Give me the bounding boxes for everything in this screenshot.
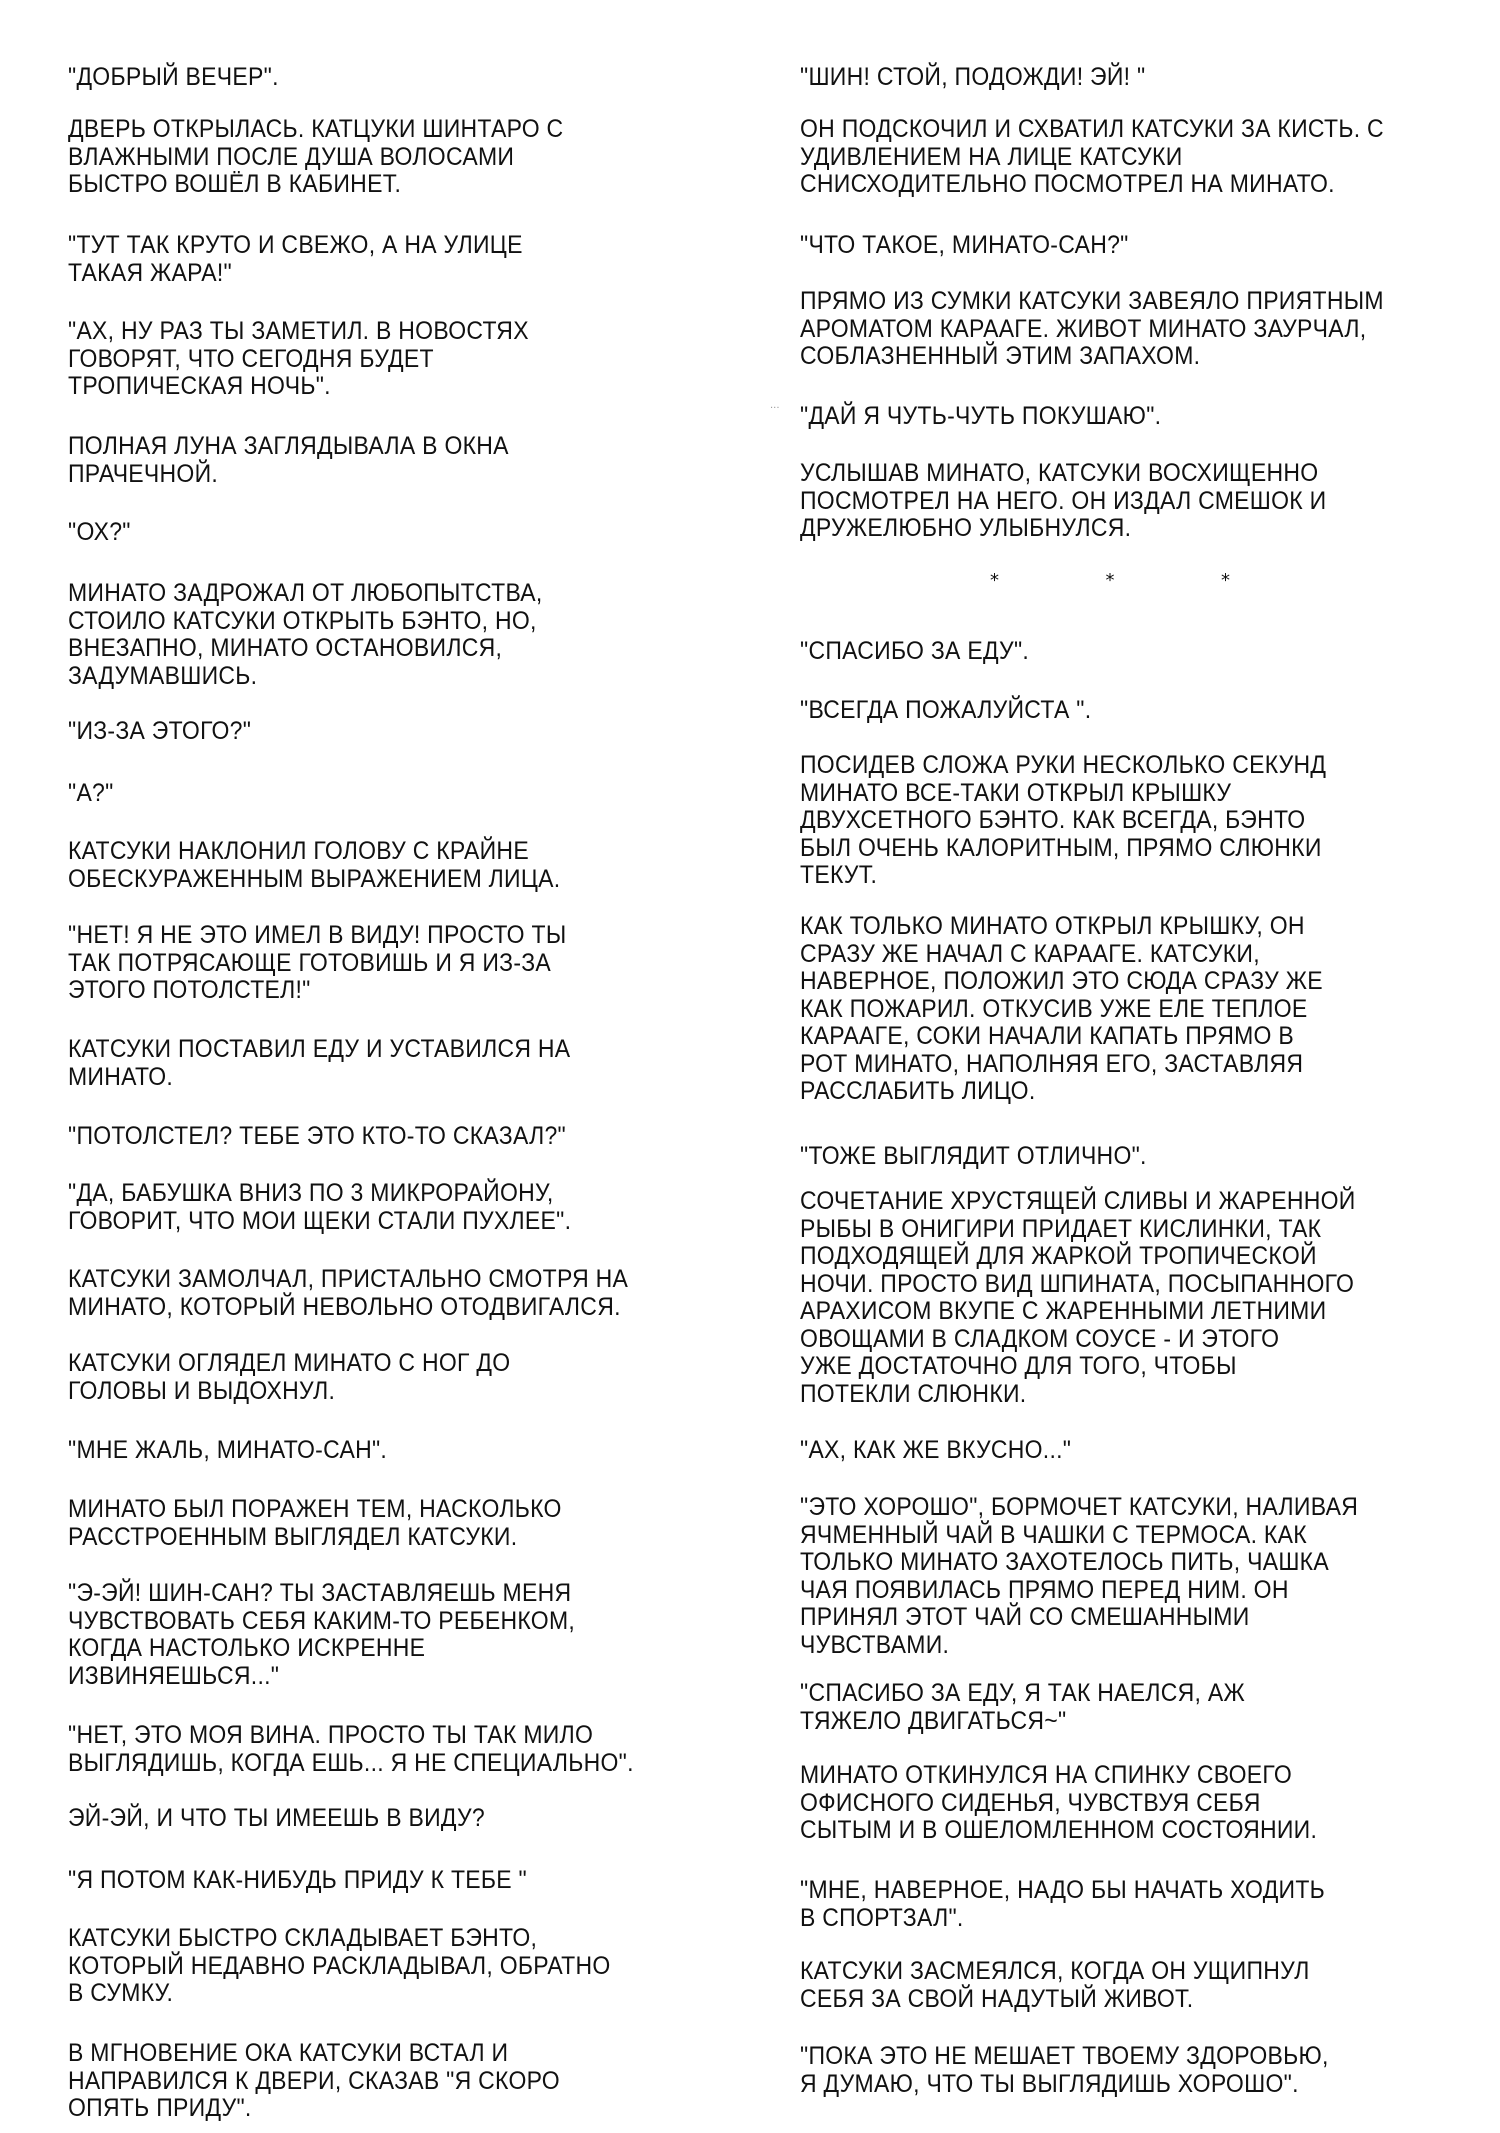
paragraph: "Шин! Стой, подожди! Эй! " bbox=[800, 64, 1145, 92]
paragraph: "Э-эй! Шин-сан? Ты заставляешь менячувст… bbox=[68, 1580, 575, 1690]
text-line: принял этот чай со смешанными bbox=[800, 1604, 1358, 1632]
paragraph: "Да, бабушка вниз по 3 микрорайону,говор… bbox=[68, 1180, 571, 1235]
text-line: Катсуки замолчал, пристально смотря на bbox=[68, 1266, 628, 1294]
text-line: "Тут так круто и свежо, а на улице bbox=[68, 232, 523, 260]
text-line: "Из-за этого?" bbox=[68, 718, 251, 746]
text-line: Он подскочил и схватил Катсуки за кисть.… bbox=[800, 116, 1384, 144]
stray-mark: ... bbox=[770, 400, 780, 411]
text-line: тяжело двигаться~" bbox=[800, 1708, 1245, 1736]
text-line: "Нет, это моя вина. Просто ты так мило bbox=[68, 1722, 634, 1750]
text-line: "Дай я чуть-чуть покушаю". bbox=[800, 403, 1161, 431]
text-line: сытым и в ошеломленном состоянии. bbox=[800, 1817, 1317, 1845]
text-line: чая появилась прямо перед ним. Он bbox=[800, 1577, 1358, 1605]
text-line: "Что такое, Минато-сан?" bbox=[800, 232, 1129, 260]
text-line: В мгновение ока Катсуки встал и bbox=[68, 2040, 560, 2068]
paragraph: "Нет, это моя вина. Просто ты так миловы… bbox=[68, 1722, 634, 1777]
text-line: арахисом вкупе с жаренными летними bbox=[800, 1298, 1356, 1326]
paragraph: Катсуки наклонил голову с крайнеобескура… bbox=[68, 838, 560, 893]
paragraph: Минато откинулся на спинку своегоофисног… bbox=[800, 1762, 1317, 1845]
text-line: Минато, который невольно отодвигался. bbox=[68, 1294, 628, 1322]
text-line: текут. bbox=[800, 862, 1326, 890]
text-line: Минато. bbox=[68, 1064, 570, 1092]
text-line: "Пока это не мешает твоему здоровью, bbox=[800, 2043, 1329, 2071]
text-line: тропическая ночь". bbox=[68, 373, 529, 401]
paragraph: В мгновение ока Катсуки встал инаправилс… bbox=[68, 2040, 560, 2123]
paragraph: Как только Минато открыл крышку, онсразу… bbox=[800, 913, 1323, 1106]
text-line: Катсуки наклонил голову с крайне bbox=[68, 838, 560, 866]
paragraph: "Что такое, Минато-сан?" bbox=[800, 232, 1129, 260]
paragraph: Катсуки быстро складывает бэнто,который … bbox=[68, 1925, 611, 2008]
section-separator: *** bbox=[990, 570, 1230, 591]
text-line: "А?" bbox=[68, 780, 114, 808]
text-line: стоило Катсуки открыть бэнто, но, bbox=[68, 608, 543, 636]
text-line: так потрясающе готовишь и я из-за bbox=[68, 950, 566, 978]
text-line: офисного сиденья, чувствуя себя bbox=[800, 1790, 1317, 1818]
text-line: "Потолстел? Тебе это кто-то сказал?" bbox=[68, 1123, 566, 1151]
paragraph: Катсуки засмеялся, когда он ущипнулсебя … bbox=[800, 1958, 1310, 2013]
paragraph: Сочетание хрустящей сливы и жареннойрыбы… bbox=[800, 1188, 1356, 1408]
text-line: Прямо из сумки Катсуки завеяло приятным bbox=[800, 288, 1384, 316]
paragraph: "Потолстел? Тебе это кто-то сказал?" bbox=[68, 1123, 566, 1151]
text-line: Дверь открылась. Катцуки Шинтаро с bbox=[68, 116, 563, 144]
text-line: Как только Минато открыл крышку, он bbox=[800, 913, 1323, 941]
text-line: "Ох?" bbox=[68, 519, 131, 547]
text-line: когда настолько искренне bbox=[68, 1635, 575, 1663]
text-line: "Да, бабушка вниз по 3 микрорайону, bbox=[68, 1180, 571, 1208]
text-line: этого потолстел!" bbox=[68, 977, 566, 1005]
paragraph: "Спасибо за еду, я так наелся, ажтяжело … bbox=[800, 1680, 1245, 1735]
text-line: расстроенным выглядел Катсуки. bbox=[68, 1524, 562, 1552]
text-line: снисходительно посмотрел на Минато. bbox=[800, 171, 1384, 199]
text-line: говорит, что мои щеки стали пухлее". bbox=[68, 1208, 571, 1236]
paragraph: Он подскочил и схватил Катсуки за кисть.… bbox=[800, 116, 1384, 199]
text-line: чувствовать себя каким-то ребенком, bbox=[68, 1608, 575, 1636]
text-line: рыбы в онигири придает кислинки, так bbox=[800, 1216, 1356, 1244]
text-line: влажными после душа волосами bbox=[68, 144, 563, 172]
text-line: Сочетание хрустящей сливы и жаренной bbox=[800, 1188, 1356, 1216]
paragraph: "Это хорошо", бормочет Катсуки, наливаяя… bbox=[800, 1494, 1358, 1659]
paragraph: Минато задрожал от любопытства,стоило Ка… bbox=[68, 580, 543, 690]
text-line: Катсуки засмеялся, когда он ущипнул bbox=[800, 1958, 1310, 1986]
text-line: ячменный чай в чашки с термоса. Как bbox=[800, 1522, 1358, 1550]
paragraph: "Мне, наверное, надо бы начать ходитьв с… bbox=[800, 1877, 1325, 1932]
text-line: ароматом карааге. Живот Минато заурчал, bbox=[800, 316, 1384, 344]
text-line: чувствами. bbox=[800, 1632, 1358, 1660]
text-line: "Я потом как-нибудь приду к тебе " bbox=[68, 1867, 527, 1895]
text-line: "Тоже выглядит отлично". bbox=[800, 1143, 1147, 1171]
text-line: подходящей для жаркой тропической bbox=[800, 1243, 1356, 1271]
text-line: потекли слюнки. bbox=[800, 1381, 1356, 1409]
paragraph: Эй-эй, и что ты имеешь в виду? bbox=[68, 1805, 485, 1833]
text-line: рот Минато, наполняя его, заставляя bbox=[800, 1051, 1323, 1079]
paragraph: "Мне жаль, Минато-сан". bbox=[68, 1437, 387, 1465]
text-line: двухсетного бэнто. Как всегда, бэнто bbox=[800, 807, 1326, 835]
paragraph: "Я потом как-нибудь приду к тебе " bbox=[68, 1867, 527, 1895]
text-line: "Спасибо за еду, я так наелся, аж bbox=[800, 1680, 1245, 1708]
paragraph: Услышав Минато, Катсуки восхищеннопосмот… bbox=[800, 460, 1326, 543]
paragraph: Катсуки поставил еду и уставился наМинат… bbox=[68, 1036, 570, 1091]
text-line: выглядишь, когда ешь... Я не специально"… bbox=[68, 1750, 634, 1778]
text-line: уже достаточно для того, чтобы bbox=[800, 1353, 1356, 1381]
asterisk-icon: * bbox=[990, 570, 999, 591]
paragraph: Минато был поражен тем, насколькорасстро… bbox=[68, 1496, 562, 1551]
text-line: Минато откинулся на спинку своего bbox=[800, 1762, 1317, 1790]
text-line: посмотрел на него. Он издал смешок и bbox=[800, 488, 1326, 516]
text-line: "Это хорошо", бормочет Катсуки, наливая bbox=[800, 1494, 1358, 1522]
text-line: "Мне, наверное, надо бы начать ходить bbox=[800, 1877, 1325, 1905]
text-line: Минато все-таки открыл крышку bbox=[800, 780, 1326, 808]
text-line: "Мне жаль, Минато-сан". bbox=[68, 1437, 387, 1465]
right-column: "Шин! Стой, подожди! Эй! "Он подскочил и… bbox=[800, 0, 1480, 2133]
text-line: наверное, положил это сюда сразу же bbox=[800, 968, 1323, 996]
text-line: задумавшись. bbox=[68, 663, 543, 691]
text-line: удивлением на лице Катсуки bbox=[800, 144, 1384, 172]
text-line: "Шин! Стой, подожди! Эй! " bbox=[800, 64, 1145, 92]
paragraph: "Добрый вечер". bbox=[68, 64, 279, 92]
paragraph: "Дай я чуть-чуть покушаю". bbox=[800, 403, 1161, 431]
asterisk-icon: * bbox=[1106, 570, 1115, 591]
paragraph: "Ах, ну раз ты заметил. В новостяхговоря… bbox=[68, 318, 529, 401]
text-line: который недавно раскладывал, обратно bbox=[68, 1953, 611, 1981]
paragraph: Катсуки замолчал, пристально смотря наМи… bbox=[68, 1266, 628, 1321]
text-line: "Ах, как же вкусно..." bbox=[800, 1437, 1071, 1465]
text-line: был очень калоритным, прямо слюнки bbox=[800, 835, 1326, 863]
text-line: соблазненный этим запахом. bbox=[800, 343, 1384, 371]
paragraph: Катсуки оглядел Минато с ног доголовы и … bbox=[68, 1350, 510, 1405]
paragraph: Полная луна заглядывала в окнапрачечной. bbox=[68, 433, 509, 488]
text-line: направился к двери, сказав "Я скоро bbox=[68, 2068, 560, 2096]
paragraph: "Тоже выглядит отлично". bbox=[800, 1143, 1147, 1171]
text-line: "Добрый вечер". bbox=[68, 64, 279, 92]
paragraph: "А?" bbox=[68, 780, 114, 808]
text-line: Эй-эй, и что ты имеешь в виду? bbox=[68, 1805, 485, 1833]
text-line: Катсуки быстро складывает бэнто, bbox=[68, 1925, 611, 1953]
left-column: "Добрый вечер".Дверь открылась. Катцуки … bbox=[68, 0, 748, 2133]
text-line: "Спасибо за еду". bbox=[800, 638, 1029, 666]
paragraph: Посидев сложа руки несколько секундМинат… bbox=[800, 752, 1326, 890]
paragraph: "Тут так круто и свежо, а на улицетакая … bbox=[68, 232, 523, 287]
text-line: говорят, что сегодня будет bbox=[68, 346, 529, 374]
text-line: "Всегда пожалуйста ". bbox=[800, 697, 1091, 725]
paragraph: "Всегда пожалуйста ". bbox=[800, 697, 1091, 725]
text-line: "Нет! Я не это имел в виду! Просто ты bbox=[68, 922, 566, 950]
paragraph: "Спасибо за еду". bbox=[800, 638, 1029, 666]
text-line: сразу же начал с карааге. Катсуки, bbox=[800, 941, 1323, 969]
paragraph: "Ах, как же вкусно..." bbox=[800, 1437, 1071, 1465]
text-line: быстро вошёл в кабинет. bbox=[68, 171, 563, 199]
text-line: прачечной. bbox=[68, 461, 509, 489]
asterisk-icon: * bbox=[1221, 570, 1230, 591]
text-line: карааге, соки начали капать прямо в bbox=[800, 1023, 1323, 1051]
text-line: как пожарил. Откусив уже еле теплое bbox=[800, 996, 1323, 1024]
text-line: Услышав Минато, Катсуки восхищенно bbox=[800, 460, 1326, 488]
text-line: извиняешься..." bbox=[68, 1663, 575, 1691]
text-line: "Ах, ну раз ты заметил. В новостях bbox=[68, 318, 529, 346]
text-line: я думаю, что ты выглядишь хорошо". bbox=[800, 2071, 1329, 2099]
text-page: ... "Добрый вечер".Дверь открылась. Катц… bbox=[0, 0, 1500, 2133]
text-line: "Э-эй! Шин-сан? Ты заставляешь меня bbox=[68, 1580, 575, 1608]
text-line: опять приду". bbox=[68, 2095, 560, 2123]
text-line: дружелюбно улыбнулся. bbox=[800, 515, 1326, 543]
text-line: Катсуки поставил еду и уставился на bbox=[68, 1036, 570, 1064]
text-line: себя за свой надутый живот. bbox=[800, 1986, 1310, 2014]
text-line: расслабить лицо. bbox=[800, 1078, 1323, 1106]
text-line: обескураженным выражением лица. bbox=[68, 866, 560, 894]
text-line: Полная луна заглядывала в окна bbox=[68, 433, 509, 461]
text-line: овощами в сладком соусе - и этого bbox=[800, 1326, 1356, 1354]
paragraph: Прямо из сумки Катсуки завеяло приятныма… bbox=[800, 288, 1384, 371]
text-line: внезапно, Минато остановился, bbox=[68, 635, 543, 663]
text-line: в сумку. bbox=[68, 1980, 611, 2008]
paragraph: Дверь открылась. Катцуки Шинтаро свлажны… bbox=[68, 116, 563, 199]
paragraph: "Из-за этого?" bbox=[68, 718, 251, 746]
text-line: Минато задрожал от любопытства, bbox=[68, 580, 543, 608]
text-line: такая жара!" bbox=[68, 260, 523, 288]
text-line: ночи. Просто вид шпината, посыпанного bbox=[800, 1271, 1356, 1299]
text-line: только Минато захотелось пить, чашка bbox=[800, 1549, 1358, 1577]
text-line: головы и выдохнул. bbox=[68, 1378, 510, 1406]
paragraph: "Пока это не мешает твоему здоровью,я ду… bbox=[800, 2043, 1329, 2098]
text-line: в спортзал". bbox=[800, 1905, 1325, 1933]
text-line: Минато был поражен тем, насколько bbox=[68, 1496, 562, 1524]
paragraph: "Ох?" bbox=[68, 519, 131, 547]
text-line: Посидев сложа руки несколько секунд bbox=[800, 752, 1326, 780]
text-line: Катсуки оглядел Минато с ног до bbox=[68, 1350, 510, 1378]
paragraph: "Нет! Я не это имел в виду! Просто тытак… bbox=[68, 922, 566, 1005]
